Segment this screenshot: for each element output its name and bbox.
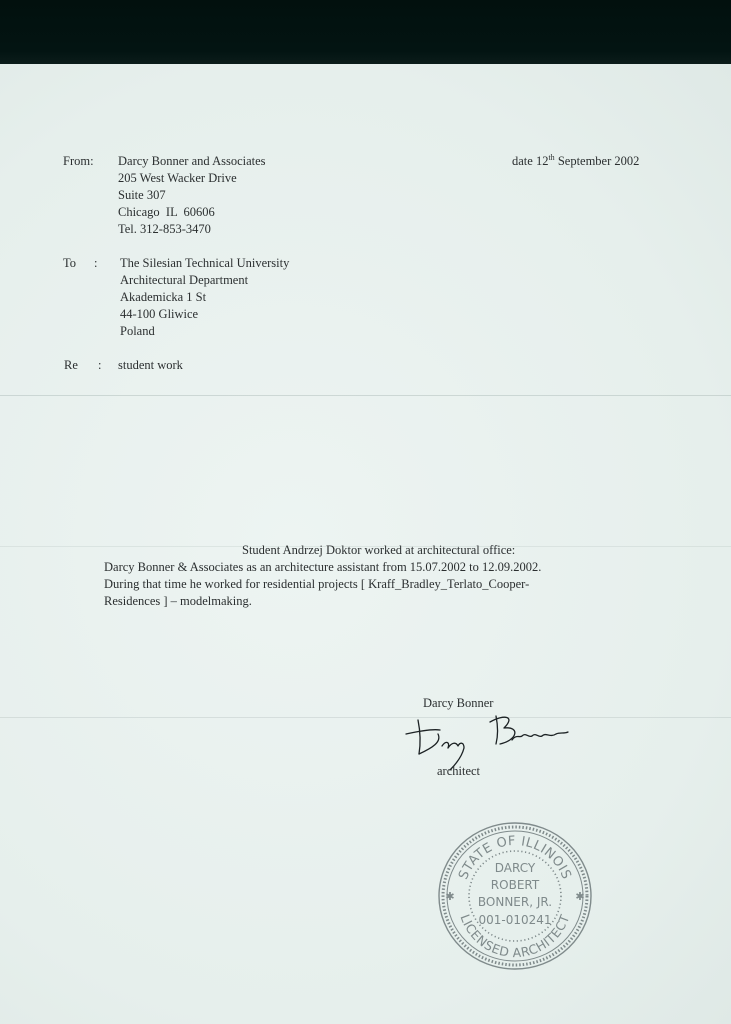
recipient-line: Akademicka 1 St [120,289,289,306]
star-icon: ✱ [575,890,584,903]
paper-fold-line [0,717,731,718]
letter-date: date 12th September 2002 [512,153,639,170]
sender-line: Darcy Bonner and Associates [118,153,266,170]
recipient-line: Architectural Department [120,272,289,289]
body-line: Residences ] – modelmaking. [104,593,541,610]
body-line: During that time he worked for residenti… [104,576,541,593]
recipient-line: 44-100 Gliwice [120,306,289,323]
recipient-line: The Silesian Technical University [120,255,289,272]
recipient-line: Poland [120,323,289,340]
sender-line: Suite 307 [118,187,266,204]
body-line: Darcy Bonner & Associates as an architec… [104,559,541,576]
sender-line: Chicago IL 60606 [118,204,266,221]
stamp-line: DARCY [495,861,536,875]
paper-fold-line [0,395,731,396]
sender-line: Tel. 312-853-3470 [118,221,266,238]
date-suffix: September 2002 [555,154,640,168]
re-label: Re [64,357,78,374]
to-label: To [63,255,76,272]
stamp-line: 001-010241 [478,913,551,927]
stamp-line: BONNER, JR. [478,895,552,909]
sender-line: 205 West Wacker Drive [118,170,266,187]
body-paragraph: Darcy Bonner & Associates as an architec… [104,559,541,610]
scan-dark-border [0,0,731,64]
date-prefix: date 12 [512,154,548,168]
re-colon: : [98,357,101,374]
architect-seal-stamp-icon: STATE OF ILLINOIS LICENSED ARCHITECT DAR… [436,820,594,972]
to-colon: : [94,255,97,272]
recipient-address: The Silesian Technical University Archit… [120,255,289,340]
signatory-name: Darcy Bonner [423,695,493,712]
signatory-title: architect [437,763,480,780]
handwritten-signature-icon [404,712,574,772]
from-label: From: [63,153,94,170]
star-icon: ✱ [445,890,454,903]
body-intro: Student Andrzej Doktor worked at archite… [242,542,515,559]
stamp-line: ROBERT [491,878,540,892]
subject-text: student work [118,357,183,374]
sender-address: Darcy Bonner and Associates 205 West Wac… [118,153,266,238]
